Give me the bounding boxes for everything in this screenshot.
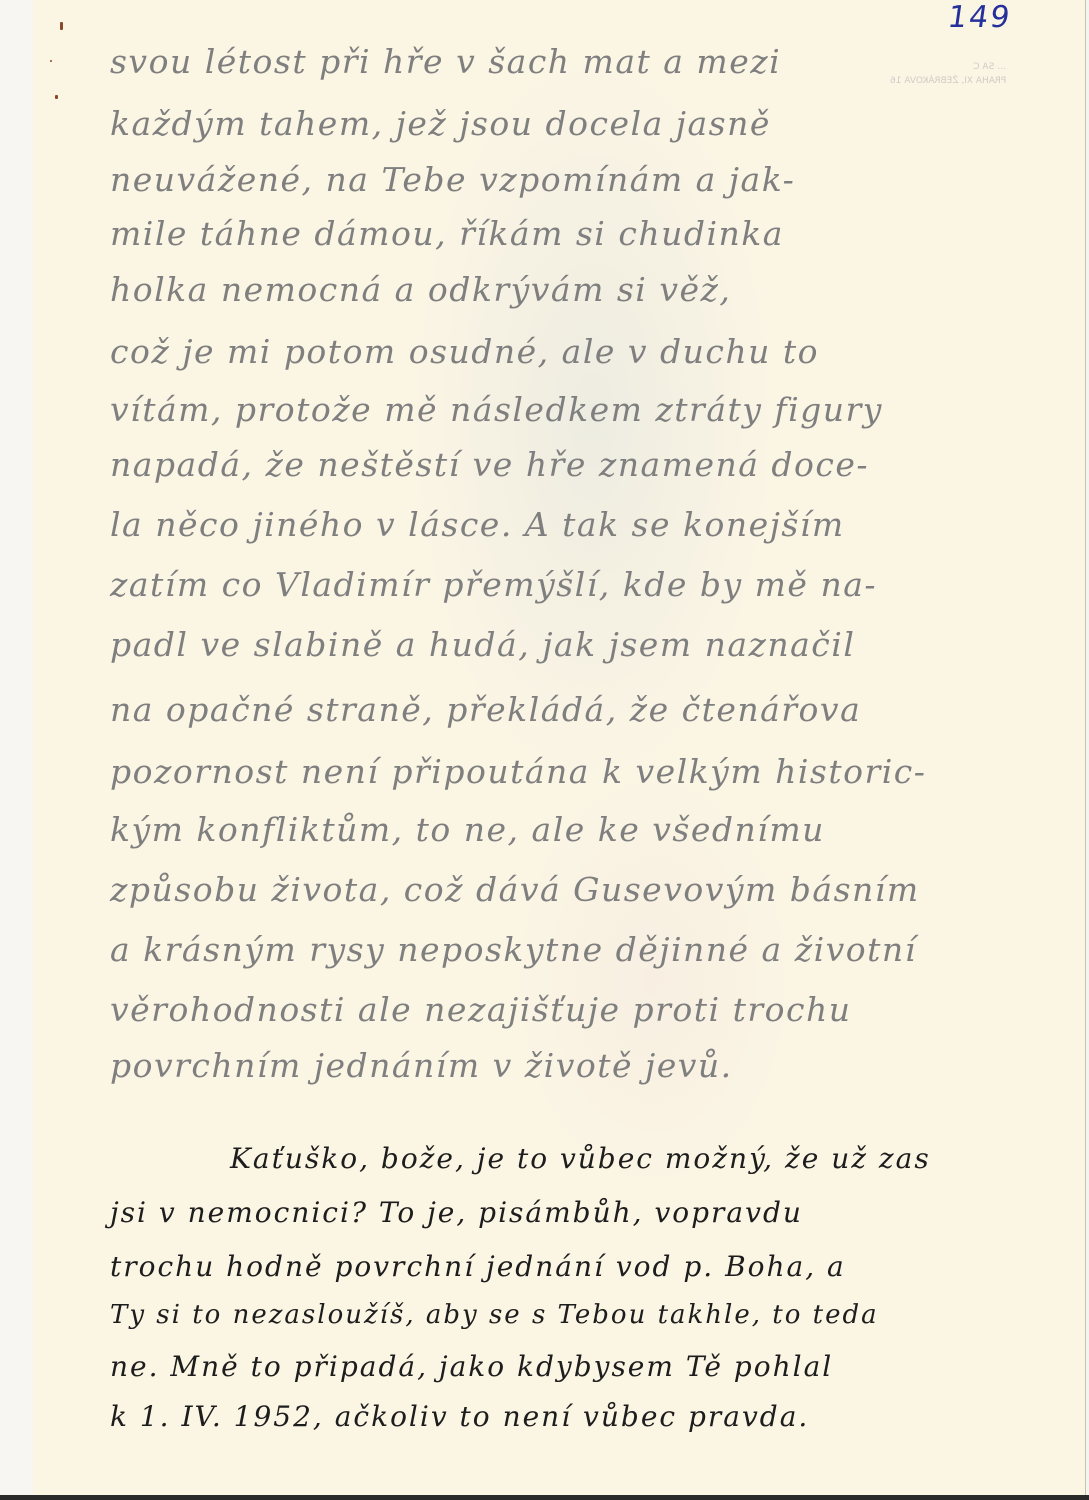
- text-line: vítám, protože mě následkem ztráty figur…: [110, 390, 1040, 429]
- scanner-edge: [0, 1495, 1089, 1500]
- margin-mark: [50, 60, 52, 62]
- text-line: jsi v nemocnici? To je, pisámbůh, voprav…: [110, 1196, 1040, 1229]
- text-line: napadá, že neštěstí ve hře znamená doce-: [110, 445, 1040, 484]
- text-line: způsobu života, což dává Gusevovým básní…: [110, 870, 1040, 909]
- text-line: Ty si to nezasloužíš, aby se s Tebou tak…: [110, 1300, 1040, 1330]
- text-line: svou létost při hře v šach mat a mezi: [110, 42, 1040, 81]
- text-line: holka nemocná a odkrývám si věž,: [110, 270, 1040, 309]
- text-line: k 1. IV. 1952, ačkoliv to není vůbec pra…: [110, 1400, 1040, 1433]
- margin-mark: [55, 95, 58, 99]
- text-line: povrchním jednáním v životě jevů.: [110, 1046, 1040, 1085]
- text-line: ne. Mně to připadá, jako kdybysem Tě poh…: [110, 1350, 1040, 1383]
- scan-margin: [0, 0, 33, 1500]
- text-line: padl ve slabině a hudá, jak jsem naznači…: [110, 625, 1040, 664]
- text-line: každým tahem, jež jsou docela jasně: [110, 104, 1040, 143]
- page-number: 149: [946, 0, 1014, 35]
- margin-mark: [60, 22, 63, 30]
- text-line: věrohodnosti ale nezajišťuje proti troch…: [110, 990, 1040, 1029]
- text-line: Kaťuško, bože, je to vůbec možný, že už …: [230, 1142, 1089, 1175]
- text-line: pozornost není připoutána k velkým histo…: [110, 752, 1040, 791]
- text-line: na opačné straně, překládá, že čtenářova: [110, 690, 1040, 729]
- text-line: zatím co Vladimír přemýšlí, kde by mě na…: [110, 565, 1040, 604]
- text-line: mile táhne dámou, říkám si chudinka: [110, 214, 1040, 253]
- text-line: což je mi potom osudné, ale v duchu to: [110, 332, 1040, 371]
- text-line: a krásným rysy neposkytne dějinné a živo…: [110, 930, 1040, 969]
- text-line: kým konfliktům, to ne, ale ke všednímu: [110, 810, 1040, 849]
- text-line: la něco jiného v lásce. A tak se konejší…: [110, 505, 1040, 544]
- text-line: trochu hodně povrchní jednání vod p. Boh…: [110, 1250, 1040, 1283]
- text-line: neuvážené, na Tebe vzpomínám a jak-: [110, 160, 1040, 199]
